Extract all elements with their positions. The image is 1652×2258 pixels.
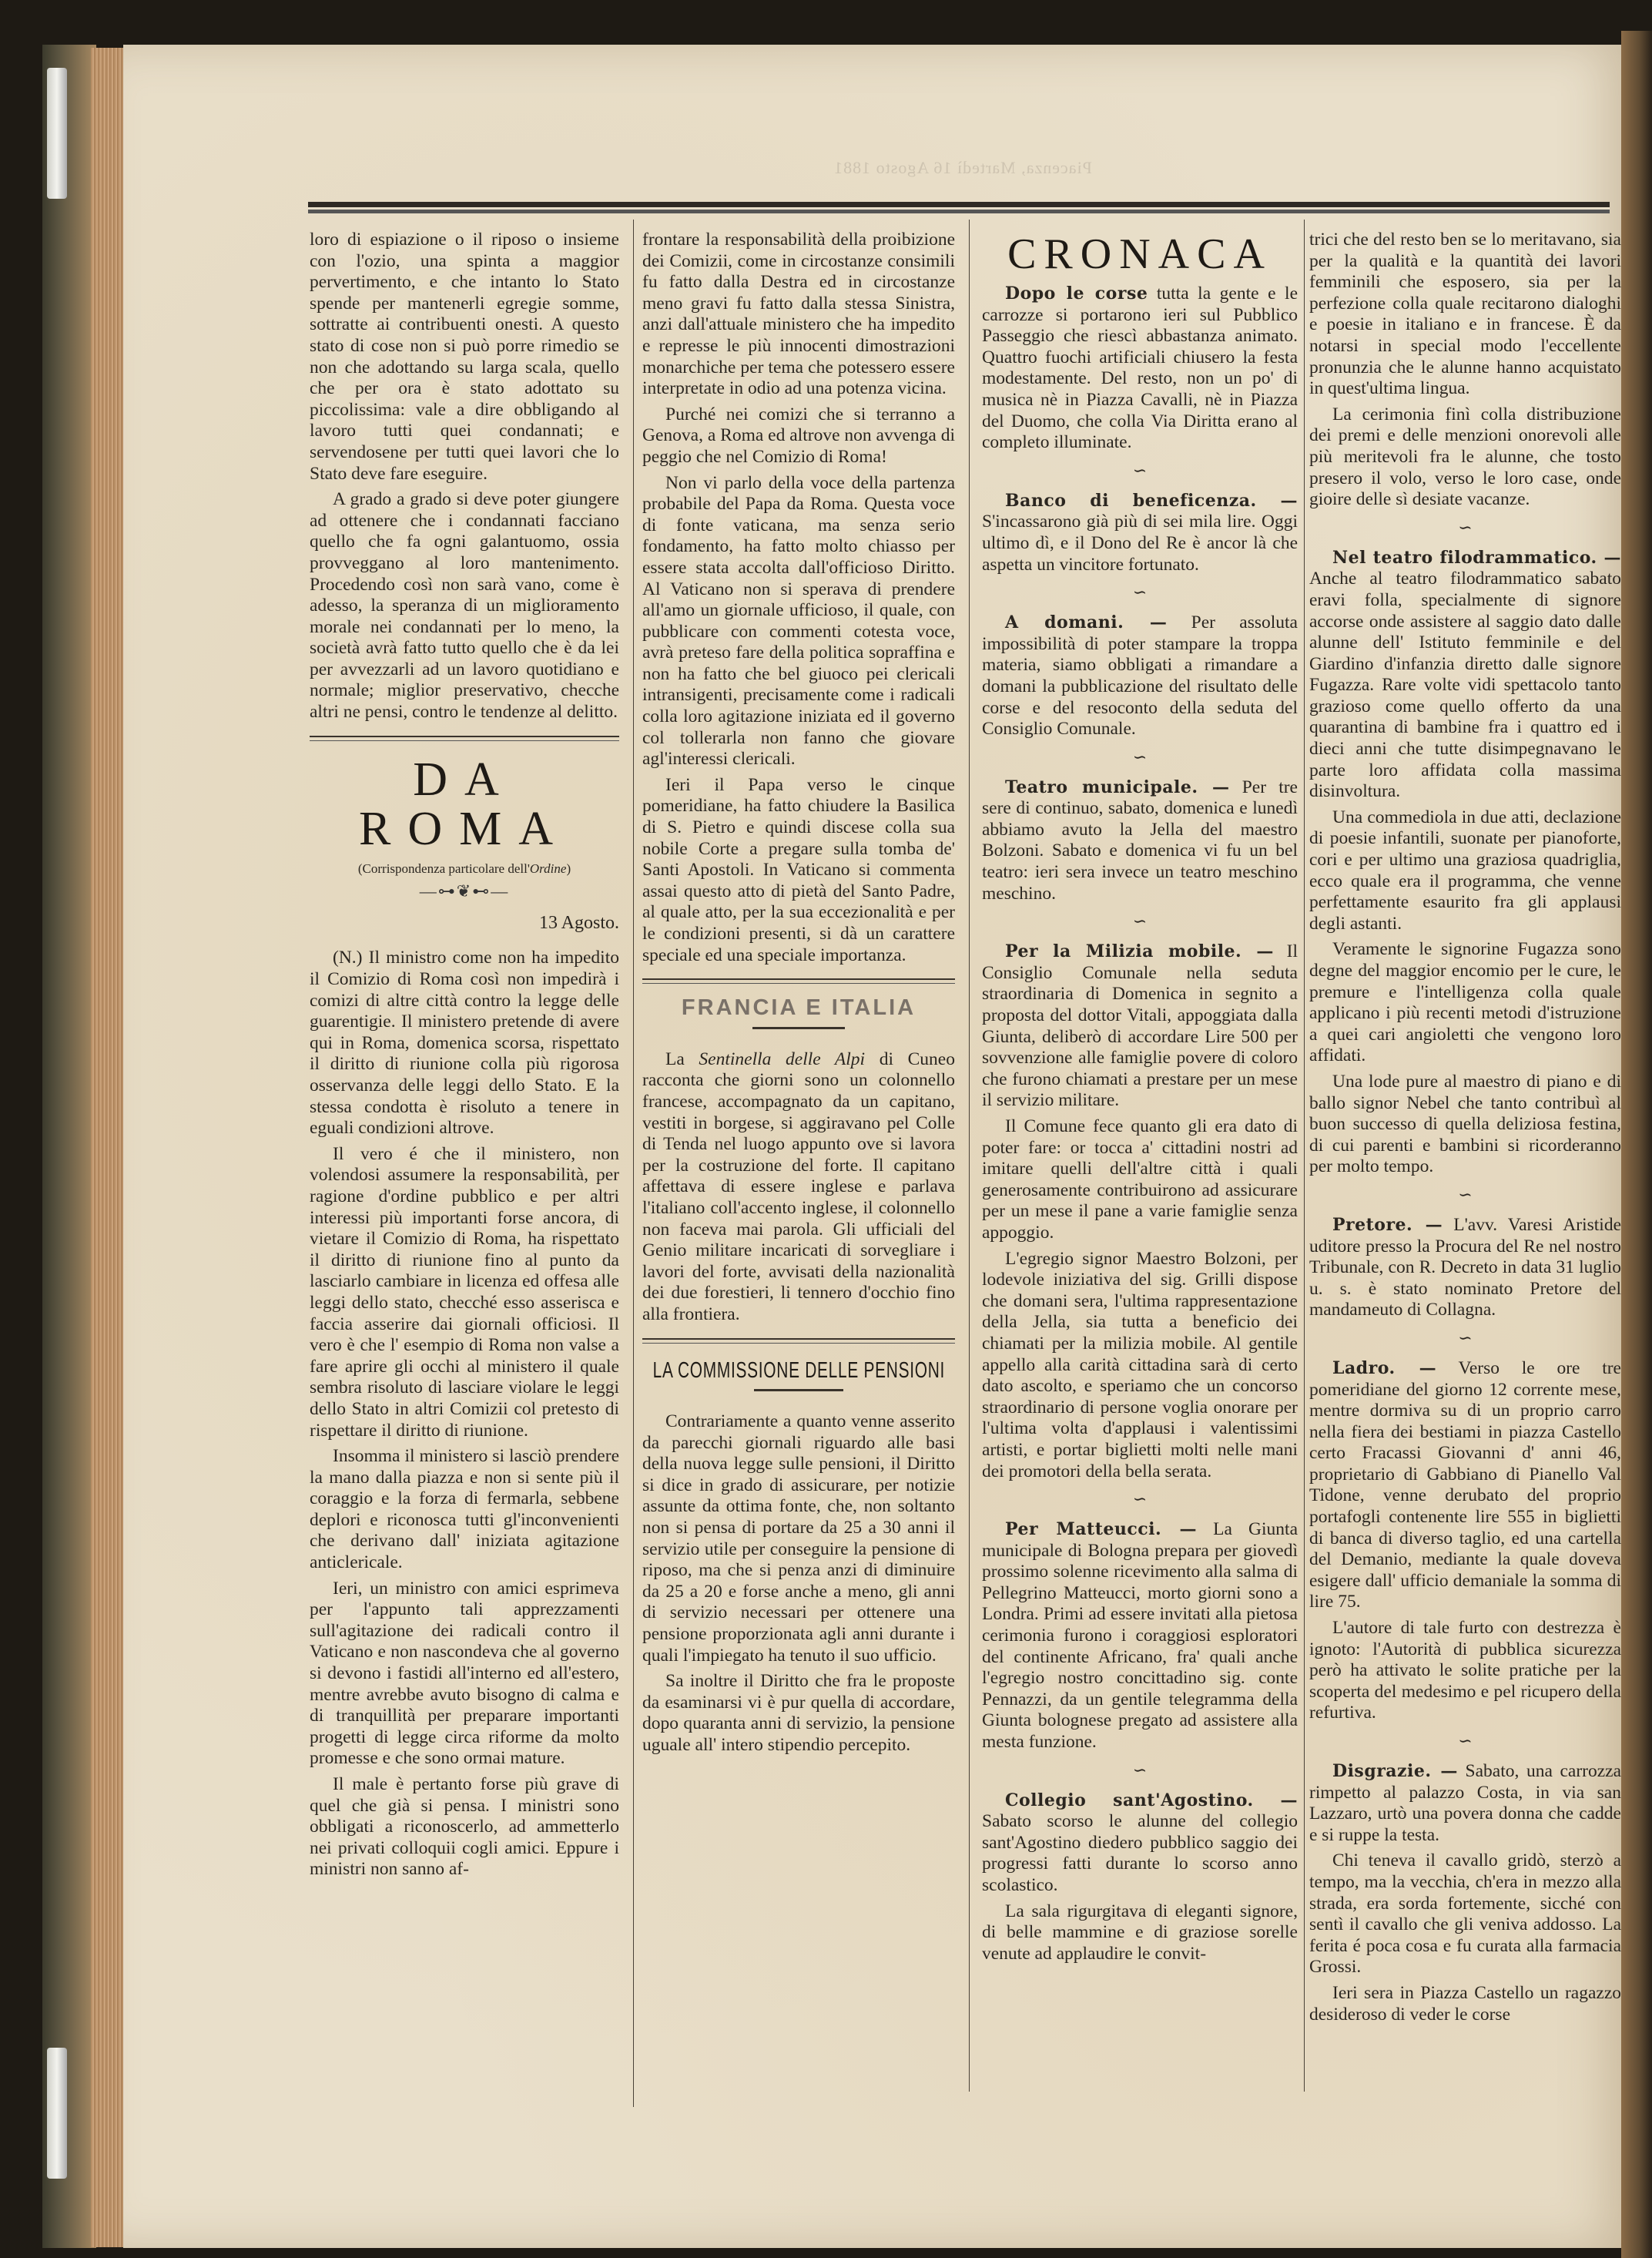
paragraph: Veramente le signorine Fugazza sono degn… [1309,939,1621,1067]
news-item: Pretore. — L'avv. Varesi Aristide uditor… [1309,1215,1621,1321]
paragraph: La cerimonia finì colla distribuzione de… [1309,404,1621,511]
paragraph: Una lode pure al maestro di piano e di b… [1309,1072,1621,1178]
paragraph: Ieri sera in Piazza Castello un ragazzo … [1309,1983,1621,2025]
news-item: Disgrazie. — Sabato, una carrozza rimpet… [1309,1761,1621,1846]
squiggle-ornament-icon: ∽ [982,1490,1298,1508]
running-head-showthrough: Piacenza, Martedì 16 Agosto 1881 [308,158,1617,181]
section-title-cronaca: CRONACA [982,230,1298,279]
news-item: Ladro. — Verso le ore tre pomeridiane de… [1309,1358,1621,1613]
dateline: 13 Agosto. [310,913,619,934]
paragraph: Sa inoltre il Diritto che fra le propost… [642,1671,955,1756]
news-item: Dopo le corse tutta la gente e le carroz… [982,284,1298,454]
column-rule [969,220,970,2092]
squiggle-ornament-icon: ∽ [982,912,1298,931]
paragraph: Purché nei comizi che si terranno a Geno… [642,404,955,468]
paragraph: La sala rigurgitava di eleganti signore,… [982,1901,1298,1965]
title-rule [754,1389,843,1391]
header-rule [308,202,1610,210]
paragraph: Contrariamente a quanto venne asserito d… [642,1411,955,1666]
facing-page-edge [1621,31,1652,2258]
column-2: frontare la responsabilità della proibiz… [642,230,955,1761]
paragraph: Il male è pertanto forse più grave di qu… [310,1774,619,1881]
news-item: Nel teatro filodrammatico. — Anche al te… [1309,548,1621,803]
paragraph: L'egregio signor Maestro Bolzoni, per lo… [982,1249,1298,1483]
squiggle-ornament-icon: ∽ [982,1761,1298,1780]
squiggle-ornament-icon: ∽ [1309,1186,1621,1204]
paragraph: frontare la responsabilità della proibiz… [642,230,955,400]
paragraph: Una commediola in due atti, declazione d… [1309,807,1621,935]
squiggle-ornament-icon: ∽ [982,583,1298,602]
section-separator [642,1338,955,1344]
news-item: Per la Milizia mobile. — Il Consiglio Co… [982,941,1298,1112]
binding-clip-bottom [47,2048,67,2179]
squiggle-ornament-icon: ∽ [1309,1732,1621,1750]
news-item: A domani. — Per assoluta impossibilità d… [982,612,1298,740]
paragraph: Non vi parlo della voce della partenza p… [642,473,955,770]
paragraph: Ieri, un ministro con amici esprimeva pe… [310,1579,619,1770]
column-rule [633,220,634,2107]
binding-clip-top [47,68,67,199]
paragraph: (N.) Il ministro come non ha impedito il… [310,948,619,1139]
article-title-da-roma: DA ROMA [310,755,619,854]
title-rule [752,1027,845,1029]
section-separator [642,978,955,984]
squiggle-ornament-icon: ∽ [1309,1329,1621,1347]
paragraph: Ieri il Papa verso le cinque pomeridiane… [642,775,955,966]
squiggle-ornament-icon: ∽ [982,748,1298,767]
column-1: loro di espiazione o il riposo o insieme… [310,230,619,1885]
paragraph: trici che del resto ben se lo meritavano… [1309,230,1621,400]
paragraph: Insomma il ministero si lasciò prendere … [310,1446,619,1574]
news-item: Banco di beneficenza. — S'incassarono gi… [982,491,1298,575]
squiggle-ornament-icon: ∽ [1309,518,1621,537]
book-binding [42,45,96,2248]
news-item: Collegio sant'Agostino. — Sabato scorso … [982,1790,1298,1897]
paragraph: Chi teneva il cavallo gridò, sterzò a te… [1309,1850,1621,1978]
paragraph: A grado a grado si deve poter giungere a… [310,489,619,723]
column-4: trici che del resto ben se lo meritavano… [1309,230,1621,2030]
paragraph: La Sentinella delle Alpi di Cuneo raccon… [642,1049,955,1326]
paragraph: L'autore di tale furto con destrezza è i… [1309,1618,1621,1724]
news-item: Per Matteucci. — La Giunta municipale di… [982,1519,1298,1753]
column-3-cronaca: CRONACA Dopo le corse tutta la gente e l… [982,230,1298,1969]
paragraph: Il Comune fece quanto gli era dato di po… [982,1116,1298,1244]
article-subtitle: (Corrispondenza particolare dell'Ordine) [310,858,619,880]
news-item: Teatro municipale. — Per tre sere di con… [982,777,1298,905]
section-separator [310,736,619,741]
ornament-icon: —⊶❦⊷— [310,881,619,902]
squiggle-ornament-icon: ∽ [982,461,1298,480]
column-rule [1304,220,1305,2092]
article-title-francia-e-italia: FRANCIA E ITALIA [642,998,955,1019]
article-title-commissione-pensioni: LA COMMISSIONE DELLE PENSIONI [653,1361,945,1382]
paragraph: Il vero é che il ministero, non volendos… [310,1144,619,1441]
paragraph: loro di espiazione o il riposo o insieme… [310,230,619,485]
